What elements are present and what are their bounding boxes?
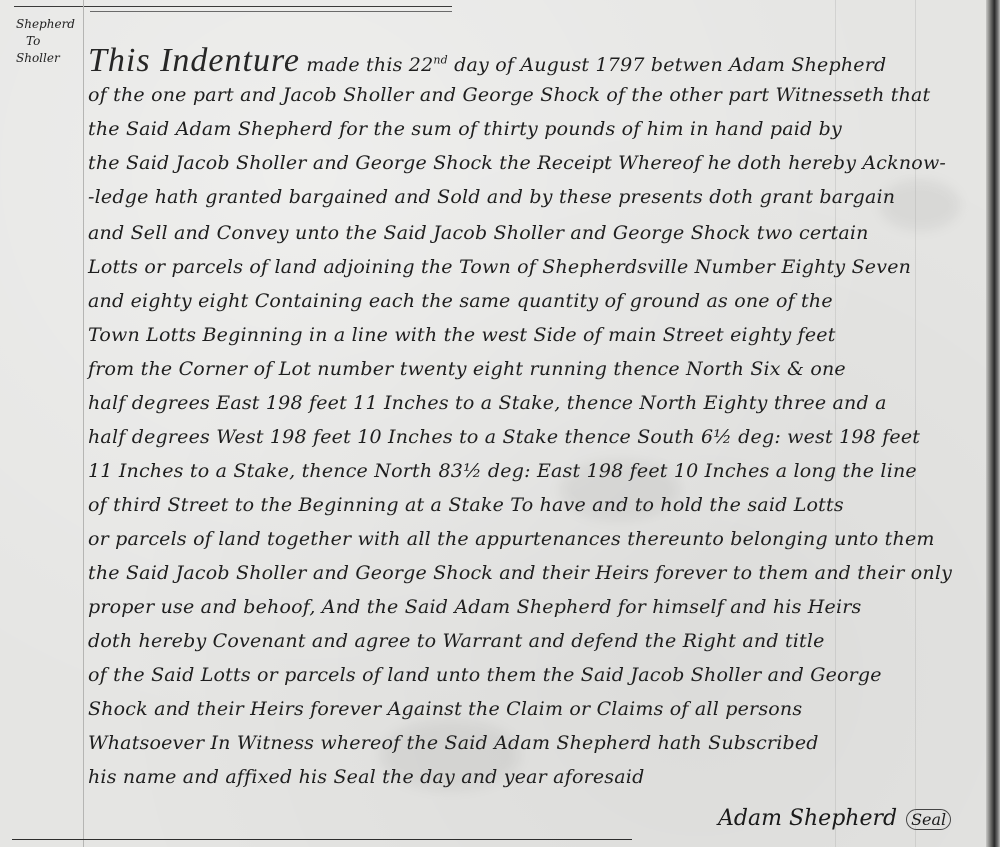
deed-line: of the one part and Jacob Sholler and Ge…: [88, 84, 930, 106]
deed-line: doth hereby Covenant and agree to Warran…: [88, 630, 825, 652]
signature-name: Adam Shepherd: [718, 806, 897, 831]
faint-ruled-column: [915, 0, 916, 847]
top-ruled-line-secondary: [90, 11, 452, 12]
deed-date-rest: day of August 1797 betwen Adam Shepherd: [448, 54, 886, 76]
seal-mark: Seal: [906, 809, 951, 830]
deed-date-lead: made this 22: [306, 54, 433, 76]
left-margin-line: [83, 0, 84, 847]
deed-line: half degrees East 198 feet 11 Inches to …: [88, 392, 887, 414]
deed-line: 11 Inches to a Stake, thence North 83½ d…: [88, 460, 917, 482]
margin-to: To: [16, 33, 82, 50]
deed-line: half degrees West 198 feet 10 Inches to …: [88, 426, 920, 448]
deed-line: the Said Jacob Sholler and George Shock …: [88, 562, 952, 584]
deed-line: the Said Jacob Sholler and George Shock …: [88, 152, 946, 174]
deed-line: Town Lotts Beginning in a line with the …: [88, 324, 836, 346]
bottom-ruled-line: [12, 839, 632, 840]
deed-line: and Sell and Convey unto the Said Jacob …: [88, 222, 869, 244]
deed-line: the Said Adam Shepherd for the sum of th…: [88, 118, 842, 140]
deed-line: his name and affixed his Seal the day an…: [88, 766, 644, 788]
deed-opening-line: This Indenture made this 22nd day of Aug…: [88, 42, 886, 80]
scanned-deed-page: Shepherd To Sholler This Indenture made …: [0, 0, 1000, 847]
deed-line: or parcels of land together with all the…: [88, 528, 935, 550]
margin-annotation: Shepherd To Sholler: [16, 16, 82, 67]
top-ruled-line: [14, 6, 452, 7]
deed-line: Lotts or parcels of land adjoining the T…: [88, 256, 911, 278]
deed-line: from the Corner of Lot number twenty eig…: [88, 358, 846, 380]
deed-line: proper use and behoof, And the Said Adam…: [88, 596, 862, 618]
deed-line: Whatsoever In Witness whereof the Said A…: [88, 732, 819, 754]
deed-line: and eighty eight Containing each the sam…: [88, 290, 833, 312]
deed-line: -ledge hath granted bargained and Sold a…: [88, 186, 895, 208]
margin-grantee: Sholler: [16, 50, 82, 67]
deed-line: Shock and their Heirs forever Against th…: [88, 698, 802, 720]
date-ordinal: nd: [433, 54, 448, 67]
book-binding-edge: [986, 0, 1000, 847]
deed-line: of third Street to the Beginning at a St…: [88, 494, 844, 516]
deed-line: of the Said Lotts or parcels of land unt…: [88, 664, 882, 686]
deed-title: This Indenture: [88, 42, 300, 79]
margin-grantor: Shepherd: [16, 16, 82, 33]
signature-block: Adam Shepherd Seal: [718, 806, 951, 831]
